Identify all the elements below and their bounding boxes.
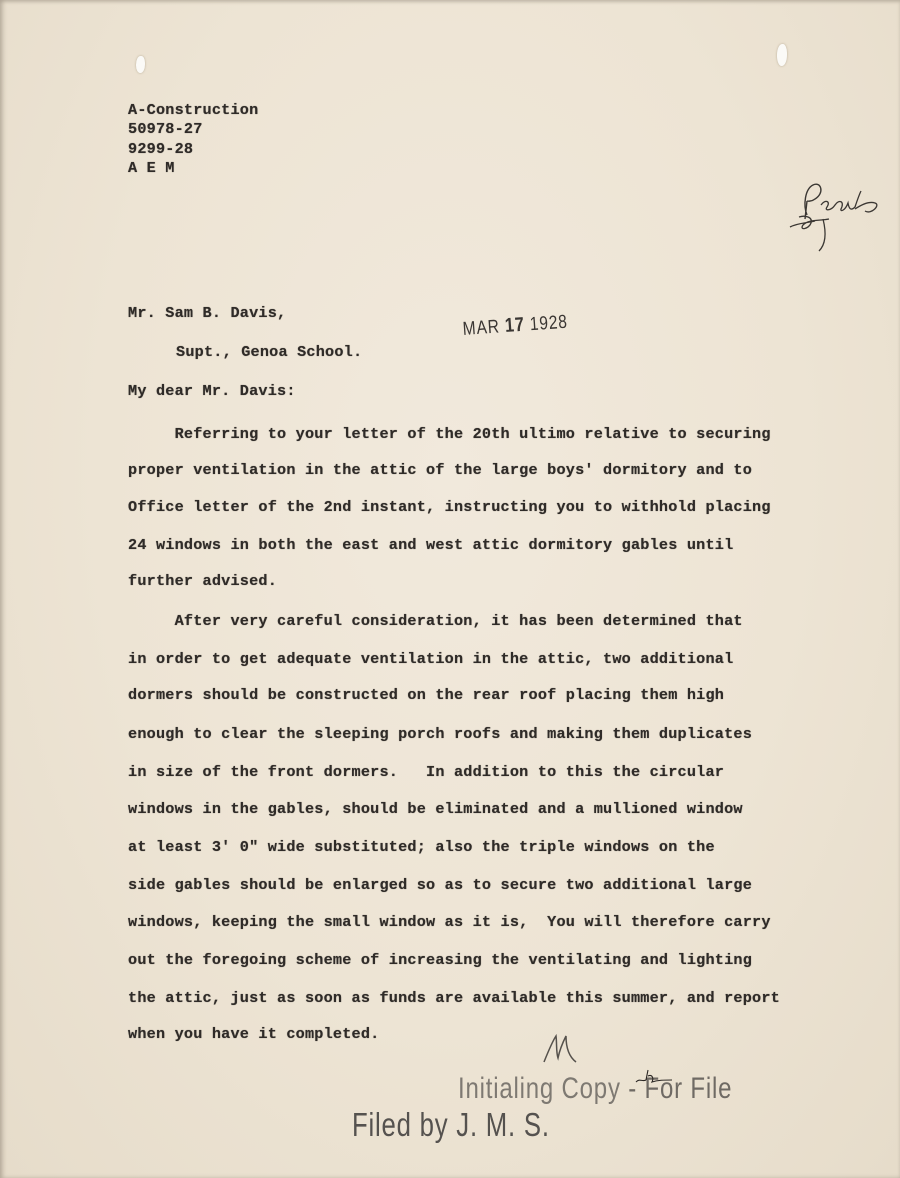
handwritten-initial-icon [540,1032,580,1068]
body-line: in size of the front dormers. In additio… [128,763,724,781]
body-line: the attic, just as soon as funds are ava… [128,989,780,1007]
body-line: side gables should be enlarged so as to … [128,876,752,894]
body-line: After very careful consideration, it has… [128,612,743,630]
reference-line: 9299-28 [128,140,193,160]
addressee-title: Supt., Genoa School. [176,343,362,361]
filed-by-stamp: Filed by J. M. S. [352,1106,550,1144]
body-line: Office letter of the 2nd instant, instru… [128,498,771,516]
letter-page: A-Construction 50978-27 9299-28 A E M Mr… [0,0,900,1178]
staple-hole-left [136,56,145,73]
body-line: when you have it completed. [128,1025,379,1043]
body-line: proper ventilation in the attic of the l… [128,461,752,479]
reference-line: 50978-27 [128,120,203,140]
body-line: further advised. [128,572,277,590]
addressee-name: Mr. Sam B. Davis, [128,304,286,322]
body-line: windows in the gables, should be elimina… [128,800,743,818]
body-line: dormers should be constructed on the rea… [128,686,724,704]
reference-line: A E M [128,159,175,179]
date-stamp-month: MAR [462,316,500,340]
handwritten-signature-icon [785,175,895,265]
body-line: in order to get adequate ventilation in … [128,650,733,668]
body-line: at least 3' 0" wide substituted; also th… [128,838,715,856]
reference-line: A-Construction [128,101,258,121]
body-line: enough to clear the sleeping porch roofs… [128,725,752,743]
body-line: windows, keeping the small window as it … [128,913,771,931]
date-stamp: MAR 17 1928 [462,311,569,341]
handwritten-insert-mark-icon [636,1068,676,1088]
body-line: Referring to your letter of the 20th ult… [128,425,771,443]
initialing-copy-stamp: Initialing Copy - For File [458,1072,732,1106]
body-line: 24 windows in both the east and west att… [128,536,733,554]
salutation: My dear Mr. Davis: [128,382,296,400]
date-stamp-year: 1928 [529,312,568,336]
date-stamp-day: 17 [504,314,525,337]
staple-hole-right [777,44,787,66]
body-line: out the foregoing scheme of increasing t… [128,951,752,969]
initialing-copy-label: Initialing Copy [458,1072,621,1105]
